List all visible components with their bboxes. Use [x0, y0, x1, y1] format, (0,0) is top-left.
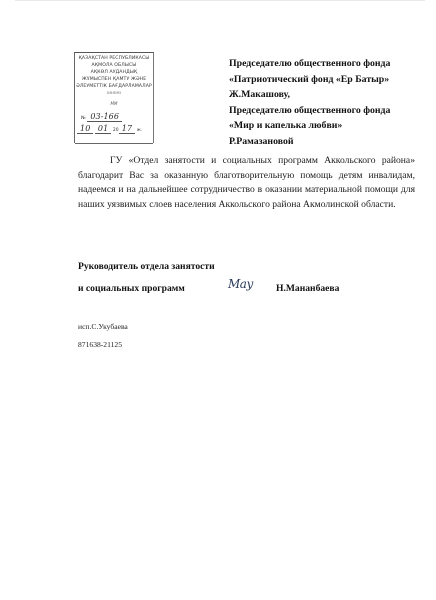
scan-artifact-line [15, 0, 425, 1]
addressee-line: Председателю общественного фонда [229, 56, 429, 72]
signatory-title-line-1: Руководитель отдела занятости [78, 261, 215, 272]
signatory-title-line-2: и социальных программ [78, 283, 185, 294]
handwritten-signature: Мау [228, 277, 253, 291]
stamp-border-bottom [75, 143, 153, 144]
letter-body: ГУ «Отдел занятости и социальных програм… [78, 154, 415, 212]
addressee-block: Председателю общественного фонда «Патрио… [229, 56, 429, 150]
addressee-line: Р.Рамазановой [229, 134, 429, 150]
date-day: 10 [77, 124, 93, 134]
addressee-line: Ж.Макашову, [229, 87, 429, 103]
signatory-name: Н.Мананбаева [276, 283, 339, 294]
stamp-line: АҚМОЛА ОБЛЫСЫ [75, 62, 153, 69]
registration-stamp: ҚАЗАҚСТАН РЕСПУБЛИКАСЫ АҚМОЛА ОБЛЫСЫ АҚК… [74, 52, 154, 143]
stamp-line: АҚКӨЛ АУДАНДЫҚ [75, 69, 153, 76]
addressee-line: «Мир и капелька любви» [229, 118, 429, 134]
stamp-line: ӘЛЕУМЕТТІК БАҒДАРЛАМАЛАР [75, 83, 153, 90]
date-year-prefix: 20 [113, 128, 119, 133]
stamp-number-row: № 03-166 [75, 112, 153, 121]
stamp-line: БӨЛІМІ [75, 90, 153, 97]
date-month: 01 [95, 124, 111, 134]
body-paragraph: ГУ «Отдел занятости и социальных програм… [78, 154, 415, 212]
stamp-subtitle: ММ [75, 100, 153, 107]
date-year: 17 [119, 124, 135, 134]
number-prefix: № [81, 116, 86, 121]
stamp-line: ЖҰМЫСПЕН ҚАМТУ ЖӘНЕ [75, 76, 153, 83]
executor-name: исп.С.Укубаева [78, 322, 128, 331]
addressee-line: Председателю общественного фонда [229, 103, 429, 119]
stamp-line: ҚАЗАҚСТАН РЕСПУБЛИКАСЫ [75, 55, 153, 62]
outgoing-number: 03-166 [87, 112, 122, 122]
addressee-line: «Патриотический фонд «Ер Батыр» [229, 72, 429, 88]
date-suffix: ж. [137, 128, 143, 133]
executor-phone: 871638-21125 [78, 340, 122, 349]
stamp-date-row: 10 01 2017 ж. [75, 124, 153, 133]
